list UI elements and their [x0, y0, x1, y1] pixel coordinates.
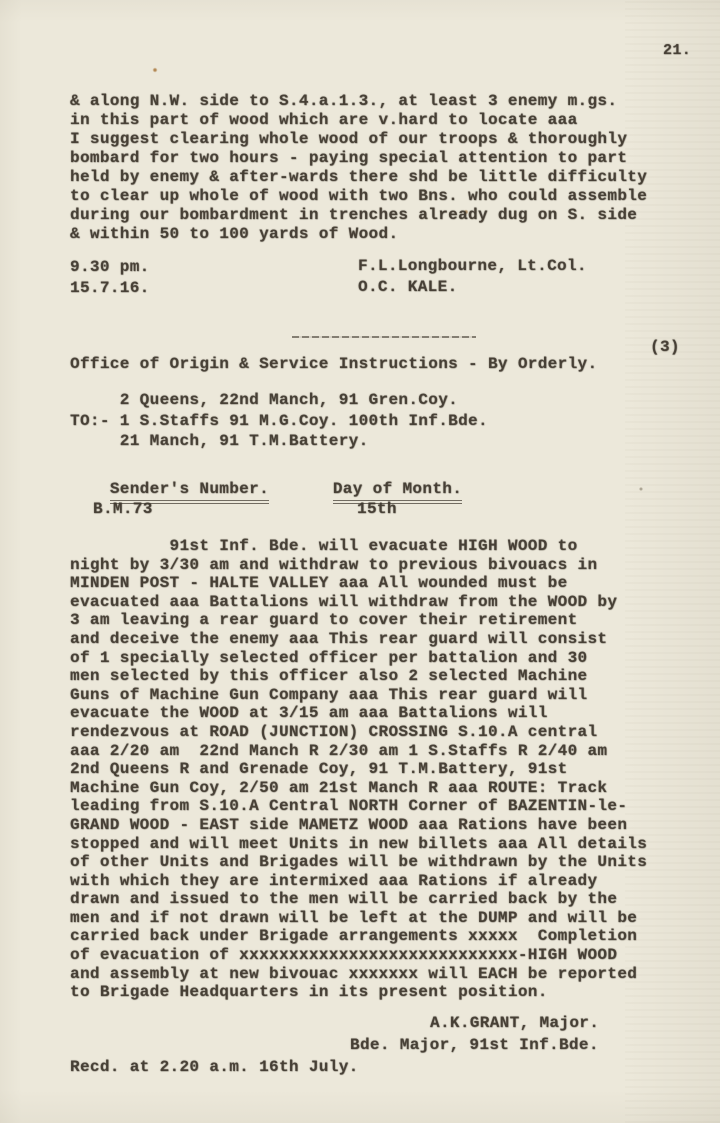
text-line: with which they are intermixed aaa Ratio… — [70, 872, 647, 891]
addressee-list: 2 Queens, 22nd Manch, 91 Gren.Coy.TO:- 1… — [70, 390, 488, 452]
divider-line — [292, 336, 476, 338]
text-line: 3 am leaving a rear guard to cover their… — [70, 611, 647, 630]
report-date: 15.7.16. — [70, 279, 150, 297]
text-line: and assembly at new bivouac xxxxxxx will… — [70, 965, 647, 984]
text-line: Machine Gun Coy, 2/50 am 21st Manch R aa… — [70, 779, 647, 798]
text-line: bombard for two hours - paying special a… — [70, 149, 647, 168]
copy-number: (3) — [650, 338, 680, 356]
text-line: & within 50 to 100 yards of Wood. — [70, 225, 647, 244]
text-line: & along N.W. side to S.4.a.1.3., at leas… — [70, 92, 647, 111]
text-line: carried back under Brigade arrangements … — [70, 927, 647, 946]
page-number: 21. — [663, 42, 691, 59]
signature-name: A.K.GRANT, Major. — [430, 1014, 599, 1032]
text-line: to clear up whole of wood with two Bns. … — [70, 187, 647, 206]
text-line: men and if not drawn will be left at the… — [70, 909, 647, 928]
report-body: & along N.W. side to S.4.a.1.3., at leas… — [70, 92, 647, 244]
text-line: rendezvous at ROAD (JUNCTION) CROSSING S… — [70, 723, 647, 742]
text-line: leading from S.10.A Central NORTH Corner… — [70, 797, 647, 816]
text-line: drawn and issued to the men will be carr… — [70, 890, 647, 909]
text-line: during our bombardment in trenches alrea… — [70, 206, 647, 225]
signature-title: Bde. Major, 91st Inf.Bde. — [350, 1036, 599, 1054]
text-line: I suggest clearing whole wood of our tro… — [70, 130, 647, 149]
text-line: of evacuation of xxxxxxxxxxxxxxxxxxxxxxx… — [70, 946, 647, 965]
text-line: aaa 2/20 am 22nd Manch R 2/30 am 1 S.Sta… — [70, 742, 647, 761]
report-signatory: F.L.Longbourne, Lt.Col. — [358, 257, 587, 275]
day-of-month-label: Day of Month. — [333, 480, 462, 504]
senders-number-value: B.M.73 — [93, 500, 153, 518]
addressee-line: 2 Queens, 22nd Manch, 91 Gren.Coy. — [70, 390, 488, 411]
order-body: 91st Inf. Bde. will evacuate HIGH WOOD t… — [70, 537, 647, 1002]
report-signatory-title: O.C. KALE. — [358, 278, 458, 296]
report-time: 9.30 pm. — [70, 258, 150, 276]
text-line: 2nd Queens R and Grenade Coy, 91 T.M.Bat… — [70, 760, 647, 779]
text-line: Guns of Machine Gun Company aaa This rea… — [70, 686, 647, 705]
text-line: evacuated aaa Battalions will withdraw f… — [70, 593, 647, 612]
text-line: GRAND WOOD - EAST side MAMETZ WOOD aaa R… — [70, 816, 647, 835]
text-line: men selected by this officer also 2 sele… — [70, 667, 647, 686]
text-line: of other Units and Brigades will be with… — [70, 853, 647, 872]
text-line: stopped and will meet Units in new bille… — [70, 835, 647, 854]
text-line: in this part of wood which are v.hard to… — [70, 111, 647, 130]
text-line: and deceive the enemy aaa This rear guar… — [70, 630, 647, 649]
addressee-line: 21 Manch, 91 T.M.Battery. — [70, 431, 488, 452]
text-line: MINDEN POST - HALTE VALLEY aaa All wound… — [70, 574, 647, 593]
day-of-month-value: 15th — [357, 500, 397, 518]
text-line: 91st Inf. Bde. will evacuate HIGH WOOD t… — [70, 537, 647, 556]
addressee-line: TO:- 1 S.Staffs 91 M.G.Coy. 100th Inf.Bd… — [70, 411, 488, 432]
text-line: of 1 specially selected officer per batt… — [70, 649, 647, 668]
received-note: Recd. at 2.20 a.m. 16th July. — [70, 1058, 359, 1076]
service-instructions-line: Office of Origin & Service Instructions … — [70, 355, 597, 373]
text-line: held by enemy & after-wards there shd be… — [70, 168, 647, 187]
text-line: night by 3/30 am and withdraw to previou… — [70, 556, 647, 575]
text-line: to Brigade Headquarters in its present p… — [70, 983, 647, 1002]
text-line: evacuate the WOOD at 3/15 am aaa Battali… — [70, 704, 647, 723]
document-page: 21. & along N.W. side to S.4.a.1.3., at … — [0, 0, 720, 1123]
